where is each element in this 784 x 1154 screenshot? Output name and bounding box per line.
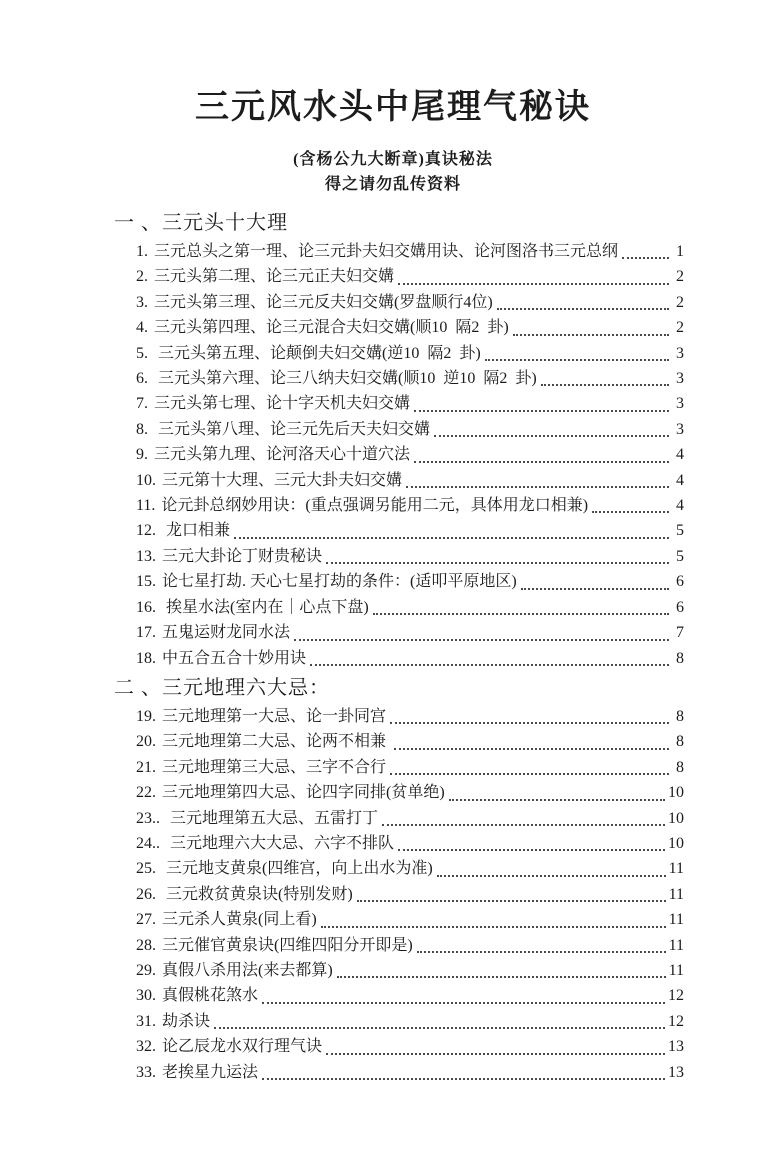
dotted-leader: [622, 257, 669, 259]
entry-number: 16.: [136, 595, 156, 620]
toc-entry: 5. 三元头第五理、论颠倒夫妇交媾(逆10 隔2 卦) 3: [136, 341, 684, 366]
entry-number: 9.: [136, 442, 148, 467]
entry-title: 三元总头之第一理、论三元卦夫妇交媾用诀、论河图洛书三元总纲: [154, 239, 618, 264]
entry-title: 三元救贫黄泉诀(特别发财): [162, 882, 353, 907]
dotted-leader: [382, 824, 665, 826]
toc-entry: 3. 三元头第三理、论三元反夫妇交媾(罗盘顺行4位) 2: [136, 290, 684, 315]
dotted-leader: [310, 664, 669, 666]
toc-entry: 21. 三元地理第三大忌、三字不合行 8: [136, 755, 684, 780]
dotted-leader: [398, 849, 665, 851]
entry-page-number: 11: [669, 882, 684, 907]
entry-title: 三元地理六大大忌、六字不排队: [166, 831, 394, 856]
entry-number: 23..: [136, 806, 160, 831]
entry-page-number: 3: [672, 417, 684, 442]
entry-page-number: 12: [668, 983, 684, 1008]
toc-section: 二 、三元地理六大忌： 19. 三元地理第一大忌、论一卦同宫 8 20. 三元地…: [102, 674, 684, 1085]
toc-entry: 31. 劫杀诀 12: [136, 1009, 684, 1034]
entry-title: 劫杀诀: [162, 1009, 210, 1034]
entry-title: 三元头第五理、论颠倒夫妇交媾(逆10 隔2 卦): [154, 341, 481, 366]
toc-entry: 9. 三元头第九理、论河洛天心十道穴法 4: [136, 442, 684, 467]
dotted-leader: [262, 1078, 665, 1080]
toc-entry: 8. 三元头第八理、论三元先后天夫妇交媾 3: [136, 417, 684, 442]
dotted-leader: [262, 1002, 665, 1004]
table-of-contents: 一 、三元头十大理 1. 三元总头之第一理、论三元卦夫妇交媾用诀、论河图洛书三元…: [102, 209, 684, 1085]
dotted-leader: [373, 613, 669, 615]
dotted-leader: [326, 562, 669, 564]
toc-entry: 13. 三元大卦论丁财贵秘诀 5: [136, 544, 684, 569]
entry-number: 29.: [136, 958, 156, 983]
entry-title: 真假八杀用法(来去都算): [162, 958, 333, 983]
entry-number: 10.: [136, 468, 156, 493]
entry-number: 1.: [136, 239, 148, 264]
entry-number: 3.: [136, 290, 148, 315]
entry-page-number: 8: [672, 704, 684, 729]
toc-entry: 16. 挨星水法(室内在｜心点下盘) 6: [136, 595, 684, 620]
entry-number: 21.: [136, 755, 156, 780]
entry-number: 12.: [136, 518, 156, 543]
toc-entry: 23.. 三元地理第五大忌、五雷打丁 10: [136, 806, 684, 831]
page-title: 三元风水头中尾理气秘诀: [102, 86, 684, 130]
entry-page-number: 13: [668, 1034, 684, 1059]
toc-entry: 25. 三元地支黄泉(四维宫，向上出水为准) 11: [136, 856, 684, 881]
toc-entry: 32. 论乙辰龙水双行理气诀 13: [136, 1034, 684, 1059]
entry-title: 论七星打劫. 天心七星打劫的条件：(适叩平原地区): [162, 569, 517, 594]
entry-title: 三元催官黄泉诀(四维四阳分开即是): [162, 933, 413, 958]
toc-entry: 2. 三元头第二理、论三元正夫妇交媾 2: [136, 264, 684, 289]
entry-title: 三元第十大理、三元大卦夫妇交媾: [162, 468, 402, 493]
toc-entry: 12. 龙口相兼 5: [136, 518, 684, 543]
entry-number: 27.: [136, 907, 156, 932]
entry-page-number: 12: [668, 1009, 684, 1034]
toc-entry: 26. 三元救贫黄泉诀(特别发财) 11: [136, 882, 684, 907]
entry-title: 三元地理第四大忌、论四字同排(贫单绝): [162, 780, 445, 805]
dotted-leader: [390, 722, 669, 724]
entry-title: 老挨星九运法: [162, 1060, 258, 1085]
toc-entry: 15. 论七星打劫. 天心七星打劫的条件：(适叩平原地区) 6: [136, 569, 684, 594]
toc-entry: 1. 三元总头之第一理、论三元卦夫妇交媾用诀、论河图洛书三元总纲 1: [136, 239, 684, 264]
toc-section: 一 、三元头十大理 1. 三元总头之第一理、论三元卦夫妇交媾用诀、论河图洛书三元…: [102, 209, 684, 671]
entry-page-number: 10: [668, 780, 684, 805]
dotted-leader: [437, 875, 666, 877]
entry-number: 17.: [136, 620, 156, 645]
dotted-leader: [398, 283, 669, 285]
entry-number: 11.: [136, 493, 155, 518]
toc-entry: 18. 中五合五合十妙用诀 8: [136, 646, 684, 671]
dotted-leader: [294, 639, 669, 641]
section-heading: 一 、三元头十大理: [114, 209, 684, 237]
entry-title: 三元头第四理、论三元混合夫妇交媾(顺10 隔2 卦): [154, 315, 509, 340]
entry-page-number: 3: [672, 391, 684, 416]
entry-page-number: 4: [672, 442, 684, 467]
dotted-leader: [321, 926, 666, 928]
entry-number: 20.: [136, 729, 156, 754]
section-heading: 二 、三元地理六大忌：: [114, 674, 684, 702]
toc-entry: 29. 真假八杀用法(来去都算) 11: [136, 958, 684, 983]
document-page: 三元风水头中尾理气秘诀 (含杨公九大断章)真诀秘法 得之请勿乱传资料 一 、三元…: [0, 0, 784, 1154]
dotted-leader: [234, 537, 669, 539]
entry-page-number: 10: [668, 831, 684, 856]
toc-entry: 19. 三元地理第一大忌、论一卦同宫 8: [136, 704, 684, 729]
entry-number: 4.: [136, 315, 148, 340]
entry-number: 2.: [136, 264, 148, 289]
entry-number: 13.: [136, 544, 156, 569]
entry-number: 28.: [136, 933, 156, 958]
entry-page-number: 5: [672, 544, 684, 569]
entry-page-number: 6: [672, 595, 684, 620]
entry-number: 6.: [136, 366, 148, 391]
entry-title: 三元头第八理、论三元先后天夫妇交媾: [154, 417, 430, 442]
entry-number: 7.: [136, 391, 148, 416]
dotted-leader: [337, 976, 666, 978]
toc-entry: 30. 真假桃花煞水 12: [136, 983, 684, 1008]
entry-number: 18.: [136, 646, 156, 671]
entry-title: 龙口相兼: [162, 518, 230, 543]
toc-entry: 22. 三元地理第四大忌、论四字同排(贫单绝) 10: [136, 780, 684, 805]
dotted-leader: [497, 308, 669, 310]
toc-entry: 7. 三元头第七理、论十字天机夫妇交媾 3: [136, 391, 684, 416]
entry-title: 三元头第三理、论三元反夫妇交媾(罗盘顺行4位): [154, 290, 493, 315]
entry-number: 5.: [136, 341, 148, 366]
dotted-leader: [357, 900, 666, 902]
dotted-leader: [390, 773, 669, 775]
entry-title: 论乙辰龙水双行理气诀: [162, 1034, 322, 1059]
entry-number: 30.: [136, 983, 156, 1008]
toc-entry: 20. 三元地理第二大忌、论两不相兼 8: [136, 729, 684, 754]
entry-number: 24..: [136, 831, 160, 856]
dotted-leader: [394, 748, 669, 750]
dotted-leader: [214, 1027, 665, 1029]
dotted-leader: [414, 410, 669, 412]
entry-page-number: 11: [669, 958, 684, 983]
entry-page-number: 11: [669, 856, 684, 881]
dotted-leader: [513, 334, 669, 336]
entry-page-number: 8: [672, 755, 684, 780]
entry-page-number: 7: [672, 620, 684, 645]
dotted-leader: [326, 1053, 665, 1055]
dotted-leader: [417, 951, 666, 953]
toc-entry: 28. 三元催官黄泉诀(四维四阳分开即是) 11: [136, 933, 684, 958]
dotted-leader: [406, 486, 669, 488]
entry-title: 中五合五合十妙用诀: [162, 646, 306, 671]
dotted-leader: [434, 435, 669, 437]
entry-title: 三元地理第五大忌、五雷打丁: [166, 806, 378, 831]
entry-page-number: 11: [669, 933, 684, 958]
entry-page-number: 11: [669, 907, 684, 932]
entry-page-number: 8: [672, 646, 684, 671]
entry-page-number: 2: [672, 264, 684, 289]
dotted-leader: [592, 511, 669, 513]
entry-page-number: 4: [672, 468, 684, 493]
entry-title: 论元卦总纲妙用诀：(重点强调另能用二元，具体用龙口相兼): [161, 493, 588, 518]
entry-page-number: 13: [668, 1060, 684, 1085]
entry-page-number: 10: [668, 806, 684, 831]
entry-number: 31.: [136, 1009, 156, 1034]
toc-entry: 24.. 三元地理六大大忌、六字不排队 10: [136, 831, 684, 856]
entry-page-number: 6: [672, 569, 684, 594]
toc-entry: 33. 老挨星九运法 13: [136, 1060, 684, 1085]
entry-number: 19.: [136, 704, 156, 729]
toc-entry: 17. 五鬼运财龙同水法 7: [136, 620, 684, 645]
entry-page-number: 5: [672, 518, 684, 543]
toc-entry: 4. 三元头第四理、论三元混合夫妇交媾(顺10 隔2 卦) 2: [136, 315, 684, 340]
entry-page-number: 2: [672, 290, 684, 315]
entry-number: 26.: [136, 882, 156, 907]
entry-number: 32.: [136, 1034, 156, 1059]
entry-page-number: 1: [672, 239, 684, 264]
toc-entry: 10. 三元第十大理、三元大卦夫妇交媾 4: [136, 468, 684, 493]
entry-page-number: 4: [672, 493, 684, 518]
secrecy-notice: 得之请勿乱传资料: [102, 172, 684, 197]
entry-page-number: 8: [672, 729, 684, 754]
section-items: 1. 三元总头之第一理、论三元卦夫妇交媾用诀、论河图洛书三元总纲 1 2. 三元…: [136, 239, 684, 671]
entry-title: 三元地支黄泉(四维宫，向上出水为准): [162, 856, 433, 881]
entry-title: 三元头第七理、论十字天机夫妇交媾: [154, 391, 410, 416]
entry-title: 三元头第六理、论三八纳夫妇交媾(顺10 逆10 隔2 卦): [154, 366, 537, 391]
dotted-leader: [414, 461, 669, 463]
entry-title: 三元杀人黄泉(同上看): [162, 907, 317, 932]
entry-number: 8.: [136, 417, 148, 442]
entry-title: 三元地理第三大忌、三字不合行: [162, 755, 386, 780]
dotted-leader: [485, 359, 669, 361]
entry-number: 22.: [136, 780, 156, 805]
entry-page-number: 3: [672, 366, 684, 391]
dotted-leader: [521, 588, 669, 590]
dotted-leader: [449, 799, 665, 801]
entry-page-number: 2: [672, 315, 684, 340]
toc-entry: 6. 三元头第六理、论三八纳夫妇交媾(顺10 逆10 隔2 卦) 3: [136, 366, 684, 391]
entry-title: 三元地理第一大忌、论一卦同宫: [162, 704, 386, 729]
entry-title: 三元大卦论丁财贵秘诀: [162, 544, 322, 569]
entry-page-number: 3: [672, 341, 684, 366]
entry-title: 挨星水法(室内在｜心点下盘): [162, 595, 369, 620]
entry-title: 三元地理第二大忌、论两不相兼: [162, 729, 390, 754]
entry-number: 33.: [136, 1060, 156, 1085]
dotted-leader: [541, 384, 669, 386]
toc-entry: 27. 三元杀人黄泉(同上看) 11: [136, 907, 684, 932]
entry-number: 15.: [136, 569, 156, 594]
entry-title: 三元头第九理、论河洛天心十道穴法: [154, 442, 410, 467]
entry-title: 三元头第二理、论三元正夫妇交媾: [154, 264, 394, 289]
entry-title: 真假桃花煞水: [162, 983, 258, 1008]
entry-number: 25.: [136, 856, 156, 881]
section-items: 19. 三元地理第一大忌、论一卦同宫 8 20. 三元地理第二大忌、论两不相兼 …: [136, 704, 684, 1085]
subtitle: (含杨公九大断章)真诀秘法: [102, 147, 684, 172]
toc-entry: 11. 论元卦总纲妙用诀：(重点强调另能用二元，具体用龙口相兼) 4: [136, 493, 684, 518]
entry-title: 五鬼运财龙同水法: [162, 620, 290, 645]
